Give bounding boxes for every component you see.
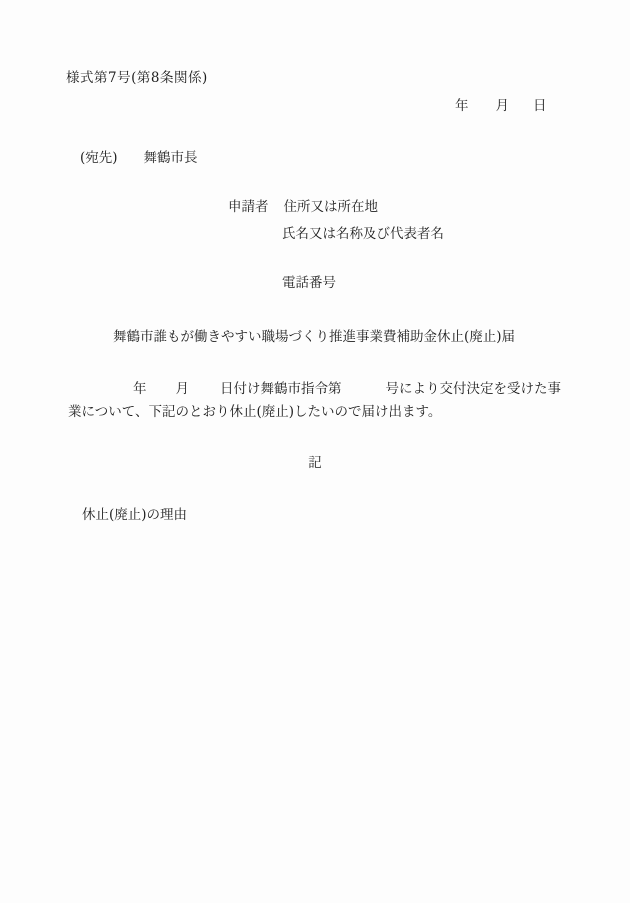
applicant-name-line: 氏名又は名称及び代表者名 <box>282 227 444 242</box>
body-line-2-text: 業について、下記のとおり休止(廃止)したいので届け出ます。 <box>68 404 441 420</box>
body-line-2: 業について、下記のとおり休止(廃止)したいので届け出ます。 <box>68 405 441 420</box>
body-month-label: 月 <box>176 381 190 397</box>
form-number: 様式第7号(第8条関係) <box>66 71 208 86</box>
applicant-name-label: 氏名又は名称及び代表者名 <box>282 226 444 242</box>
applicant-phone-label: 電話番号 <box>282 275 336 291</box>
form-number-text: 様式第7号(第8条関係) <box>66 70 208 86</box>
recipient-prefix: (宛先) <box>80 150 118 166</box>
body-year-label: 年 <box>133 381 147 397</box>
date-line: 年月日 <box>455 99 547 114</box>
date-year-label: 年 <box>455 98 469 114</box>
recipient-name: 舞鶴市長 <box>144 150 198 166</box>
body-decision-text: 号により交付決定を受けた事 <box>386 381 562 397</box>
reason-label: 休止(廃止)の理由 <box>82 507 187 523</box>
applicant-phone-line: 電話番号 <box>282 276 336 291</box>
date-day-label: 日 <box>533 98 547 114</box>
document-title-text: 舞鶴市誰もが働きやすい職場づくり推進事業費補助金休止(廃止)届 <box>113 329 515 345</box>
applicant-address-label: 住所又は所在地 <box>284 199 379 215</box>
body-line-1: 年月日付け舞鶴市指令第号により交付決定を受けた事 <box>68 382 561 397</box>
applicant-label: 申請者 <box>228 199 269 215</box>
applicant-address-line: 申請者住所又は所在地 <box>228 200 378 215</box>
document-page: 様式第7号(第8条関係) 年月日 (宛先)舞鶴市長 申請者住所又は所在地 氏名又… <box>0 0 630 903</box>
document-title: 舞鶴市誰もが働きやすい職場づくり推進事業費補助金休止(廃止)届 <box>113 330 515 345</box>
record-marker: 記 <box>0 456 630 471</box>
recipient-line: (宛先)舞鶴市長 <box>80 151 198 166</box>
body-directive-text: 日付け舞鶴市指令第 <box>220 381 342 397</box>
record-marker-text: 記 <box>308 455 322 471</box>
date-month-label: 月 <box>496 98 510 114</box>
reason-label-line: 休止(廃止)の理由 <box>82 508 187 523</box>
